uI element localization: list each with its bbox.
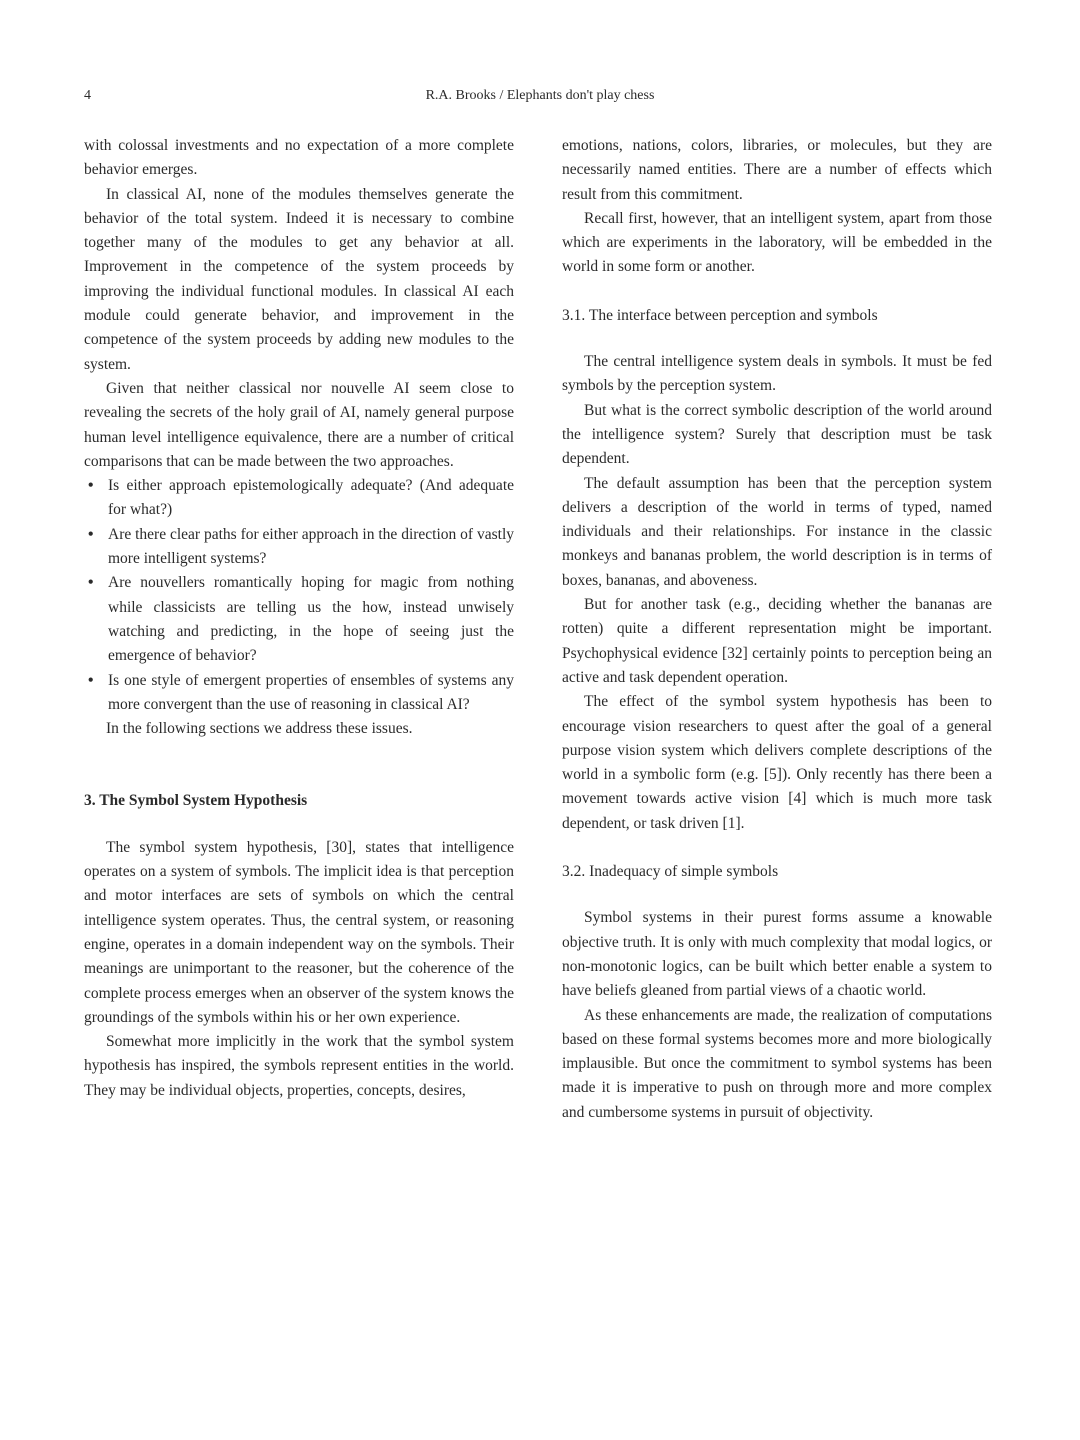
paragraph: The effect of the symbol system hypothes… [562, 690, 992, 836]
paragraph: Somewhat more implicitly in the work tha… [84, 1030, 514, 1103]
bullet-item: Is one style of emergent properties of e… [108, 669, 514, 718]
section-heading: 3. The Symbol System Hypothesis [84, 789, 514, 813]
bullet-item: Are nouvellers romantically hoping for m… [108, 571, 514, 668]
bullet-item: Are there clear paths for either approac… [108, 523, 514, 572]
paragraph: The symbol system hypothesis, [30], stat… [84, 836, 514, 1030]
paragraph: As these enhancements are made, the real… [562, 1004, 992, 1125]
bullet-list: Is either approach epistemologically ade… [84, 474, 514, 717]
paragraph: The central intelligence system deals in… [562, 350, 992, 399]
paragraph: emotions, nations, colors, libraries, or… [562, 134, 992, 207]
paragraph: In the following sections we address the… [84, 717, 514, 741]
subsection-heading: 3.2. Inadequacy of simple symbols [562, 860, 992, 884]
right-column: emotions, nations, colors, libraries, or… [562, 134, 992, 1125]
bullet-item: Is either approach epistemologically ade… [108, 474, 514, 523]
paragraph: Recall first, however, that an intellige… [562, 207, 992, 280]
paragraph: The default assumption has been that the… [562, 472, 992, 593]
running-title: R.A. Brooks / Elephants don't play chess [84, 88, 996, 104]
running-head: 4 R.A. Brooks / Elephants don't play che… [84, 88, 996, 108]
paragraph: with colossal investments and no expecta… [84, 134, 514, 183]
paragraph: Symbol systems in their purest forms ass… [562, 906, 992, 1003]
paragraph: In classical AI, none of the modules the… [84, 183, 514, 377]
left-column: with colossal investments and no expecta… [84, 134, 514, 1103]
paragraph: But what is the correct symbolic descrip… [562, 399, 992, 472]
subsection-heading: 3.1. The interface between perception an… [562, 304, 992, 328]
paragraph: But for another task (e.g., deciding whe… [562, 593, 992, 690]
paragraph: Given that neither classical nor nouvell… [84, 377, 514, 474]
